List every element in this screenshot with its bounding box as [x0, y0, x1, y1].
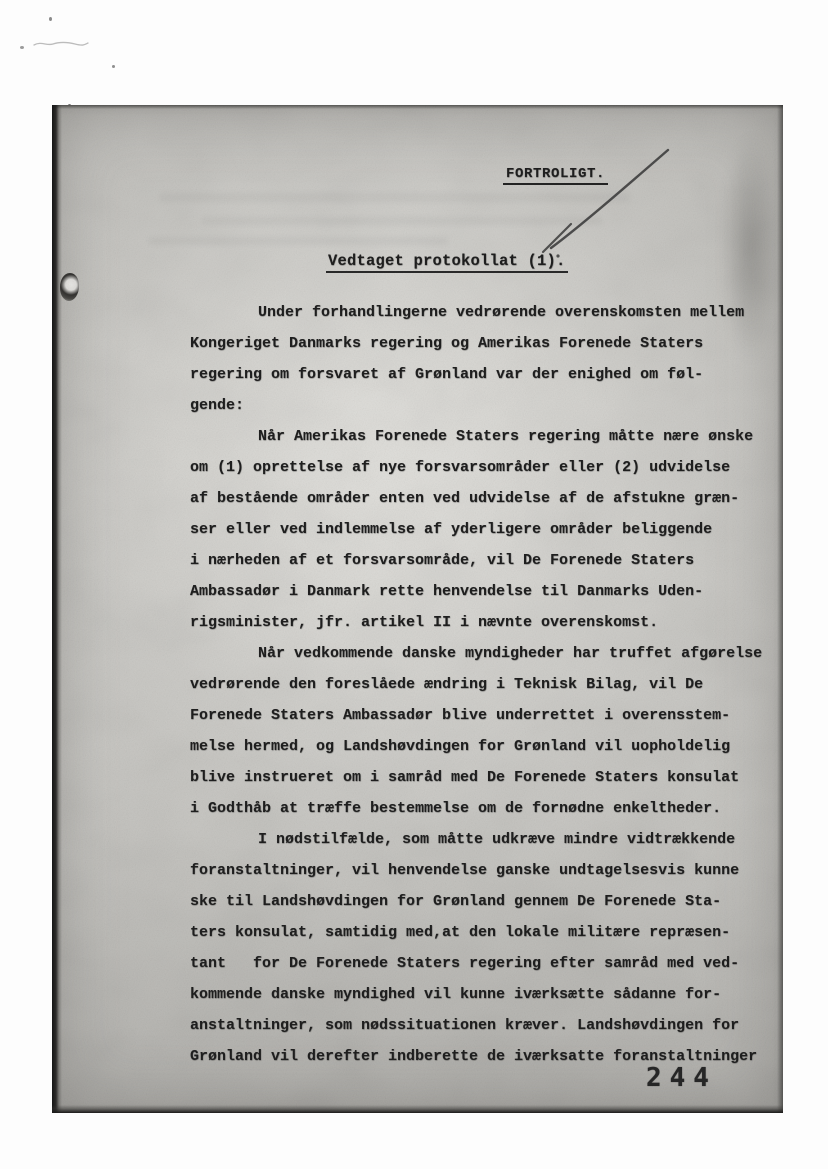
text-line: ters konsulat, samtidig med,at den lokal…: [190, 917, 752, 948]
text-line: rigsminister, jfr. artikel II i nævnte o…: [190, 607, 752, 638]
document-title: Vedtaget protokollat (1).: [326, 252, 568, 273]
bleed-through-smudge: [160, 193, 630, 202]
bleed-through-smudge: [202, 217, 602, 225]
text-line: ske til Landshøvdingen for Grønland genn…: [190, 886, 752, 917]
text-line: Ambassadør i Danmark rette henvendelse t…: [190, 576, 752, 607]
text-line: melse hermed, og Landshøvdingen for Grøn…: [190, 731, 752, 762]
scan-edge-right: [777, 105, 783, 1113]
text-line: i nærheden af et forsvarsområde, vil De …: [190, 545, 752, 576]
text-line: gende:: [190, 390, 752, 421]
text-line: Når Amerikas Forenede Staters regering m…: [190, 421, 752, 452]
document-body: Under forhandlingerne vedrørende overens…: [190, 297, 752, 1072]
text-line: foranstaltninger, vil henvendelse ganske…: [190, 855, 752, 886]
text-line: i Godthåb at træffe bestemmelse om de fo…: [190, 793, 752, 824]
ink-blot: [60, 273, 79, 301]
page-number: 244: [646, 1063, 717, 1093]
pencil-mark-dot: [49, 17, 52, 21]
scanned-page: FORTROLIGT. Vedtaget protokollat (1). Un…: [52, 105, 783, 1113]
text-line: tant for De Forenede Staters regering ef…: [190, 948, 752, 979]
text-line: ser eller ved indlemmelse af yderligere …: [190, 514, 752, 545]
handwritten-slash-mark: [530, 143, 700, 268]
text-line: vedrørende den foreslåede ændring i Tekn…: [190, 669, 752, 700]
text-line: regering om forsvaret af Grønland var de…: [190, 359, 752, 390]
bleed-through-smudge: [148, 237, 448, 245]
scan-edge-bottom: [52, 1105, 783, 1113]
text-line: blive instrueret om i samråd med De Fore…: [190, 762, 752, 793]
text-line: kommende danske myndighed vil kunne ivær…: [190, 979, 752, 1010]
text-line: anstaltninger, som nødssituationen kræve…: [190, 1010, 752, 1041]
text-line: I nødstilfælde, som måtte udkræve mindre…: [190, 824, 752, 855]
text-line: Under forhandlingerne vedrørende overens…: [190, 297, 752, 328]
scan-background: FORTROLIGT. Vedtaget protokollat (1). Un…: [0, 0, 828, 1169]
scan-edge-top: [52, 105, 783, 109]
scan-edge-left: [52, 105, 62, 1113]
text-line: Kongeriget Danmarks regering og Amerikas…: [190, 328, 752, 359]
pencil-mark-dot: [112, 65, 115, 68]
text-line: Når vedkommende danske myndigheder har t…: [190, 638, 752, 669]
text-line: om (1) oprettelse af nye forsvarsområder…: [190, 452, 752, 483]
pencil-mark-dot: [20, 46, 24, 49]
pencil-scribble: [33, 38, 89, 50]
text-line: Forenede Staters Ambassadør blive underr…: [190, 700, 752, 731]
classification-stamp: FORTROLIGT.: [503, 166, 608, 185]
text-line: af bestående områder enten ved udvidelse…: [190, 483, 752, 514]
